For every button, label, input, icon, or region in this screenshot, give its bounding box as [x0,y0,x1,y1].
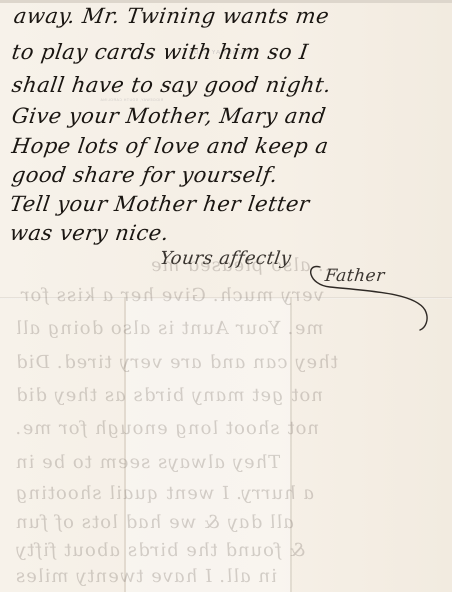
bleedthrough-line: not get many birds as they did [14,385,325,406]
bleedthrough-line: not shoot long enough for me. [14,418,321,439]
bleedthrough-line: in all. I have twenty miles [14,566,279,587]
letter-closing: Yours affectly [159,248,293,269]
letterhead-address-showthrough: RIDGEWAY, SOUTH CAROLINA [100,98,163,102]
letter-line: Give your Mother, Mary and [10,104,327,128]
letter-line: Tell your Mother her letter [8,192,311,216]
bleedthrough-line: they can and are very tired. Did [14,352,340,373]
bleedthrough-line: a hurry. I went quail shooting [14,483,316,504]
letter-line: shall have to say good night. [10,73,333,97]
letter-line: to play cards with him so I [10,40,310,64]
letter-line: away. Mr. Twining wants me [12,4,330,28]
bleedthrough-line: & found the birds about fifty [14,540,307,561]
letter-line: Hope lots of love and keep a [10,134,330,158]
bleedthrough-line: all day & we had lots of fun [14,512,296,533]
bleedthrough-line: very much. Give her a kiss for [19,285,326,306]
letter-page: RIDGEWAY CLUB RIDGEWAY, SOUTH CAROLINA .… [0,0,452,592]
bleedthrough-line: me. Your Aunt is also doing all [14,318,326,339]
letter-line: was very nice. [8,221,170,245]
bleedthrough-line: They always seem to be in [14,452,282,473]
letter-line: good share for yourself. [10,163,279,187]
signature-flourish-icon [300,225,450,335]
